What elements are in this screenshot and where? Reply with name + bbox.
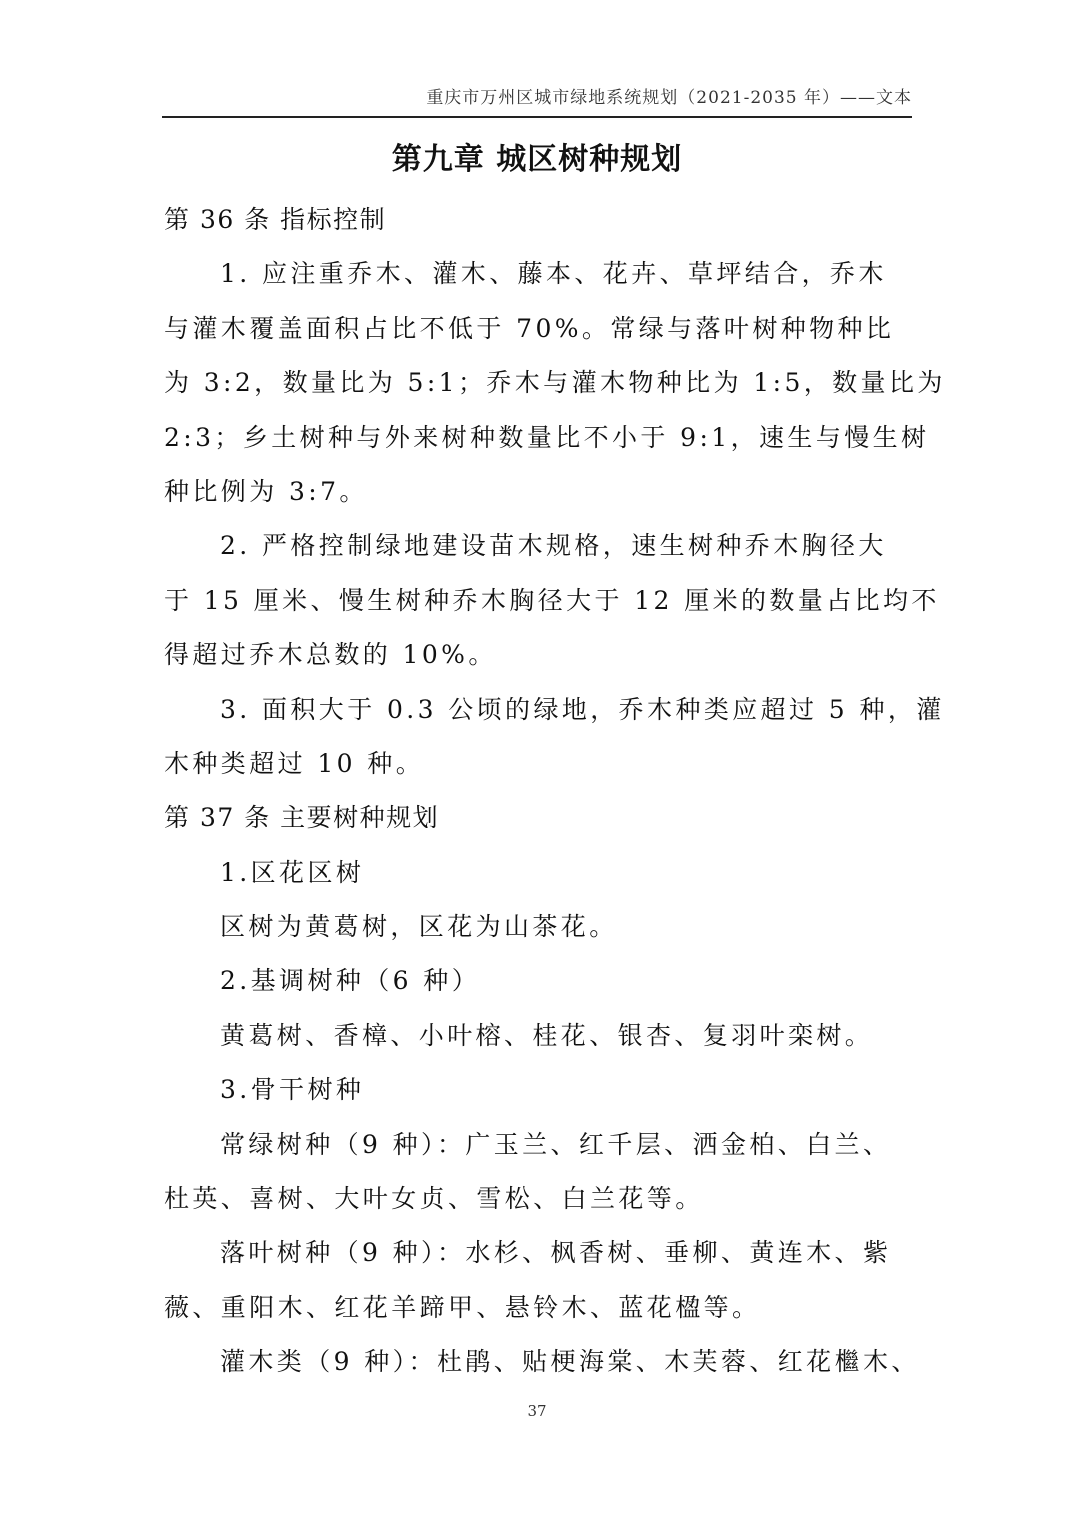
section-title: 2.基调树种（6 种） — [164, 954, 912, 1008]
evergreen-line: 常绿树种（9 种）：广玉兰、红千层、洒金柏、白兰、 — [164, 1118, 912, 1172]
page-header: 重庆市万州区城市绿地系统规划（2021-2035 年）——文本 — [162, 86, 912, 118]
paragraph-line: 黄葛树、香樟、小叶榕、桂花、银杏、复羽叶栾树。 — [164, 1009, 912, 1063]
district-flower-tree-section: 1.区花区树 区树为黄葛树，区花为山茶花。 — [164, 846, 912, 955]
paragraph-line: 种比例为 3:7。 — [164, 465, 912, 519]
paragraph-line: 区树为黄葛树，区花为山茶花。 — [164, 900, 912, 954]
article-36-heading: 第 36 条 指标控制 — [164, 193, 912, 247]
page-number: 37 — [0, 1402, 1074, 1420]
section-title: 3.骨干树种 — [164, 1063, 912, 1117]
evergreen-line: 杜英、喜树、大叶女贞、雪松、白兰花等。 — [164, 1172, 912, 1226]
paragraph-line: 于 15 厘米、慢生树种乔木胸径大于 12 厘米的数量占比均不 — [164, 574, 912, 628]
paragraph-line: 2. 严格控制绿地建设苗木规格，速生树种乔木胸径大 — [164, 519, 912, 573]
paragraph-line: 2:3；乡土树种与外来树种数量比不小于 9:1，速生与慢生树 — [164, 411, 912, 465]
section-title: 1.区花区树 — [164, 846, 912, 900]
deciduous-line: 薇、重阳木、红花羊蹄甲、悬铃木、蓝花楹等。 — [164, 1281, 912, 1335]
document-body: 第 36 条 指标控制 1. 应注重乔木、灌木、藤本、花卉、草坪结合，乔木 与灌… — [164, 193, 912, 1390]
deciduous-line: 落叶树种（9 种）：水杉、枫香树、垂柳、黄连木、紫 — [164, 1226, 912, 1280]
paragraph-line: 3. 面积大于 0.3 公顷的绿地，乔木种类应超过 5 种，灌 — [164, 683, 912, 737]
chapter-title: 第九章 城区树种规划 — [162, 138, 912, 182]
article-36-item-2: 2. 严格控制绿地建设苗木规格，速生树种乔木胸径大 于 15 厘米、慢生树种乔木… — [164, 519, 912, 682]
paragraph-line: 得超过乔木总数的 10%。 — [164, 628, 912, 682]
article-36-item-1: 1. 应注重乔木、灌木、藤本、花卉、草坪结合，乔木 与灌木覆盖面积占比不低于 7… — [164, 247, 912, 519]
paragraph-line: 1. 应注重乔木、灌木、藤本、花卉、草坪结合，乔木 — [164, 247, 912, 301]
paragraph-line: 与灌木覆盖面积占比不低于 70%。常绿与落叶树种物种比 — [164, 302, 912, 356]
paragraph-line: 为 3:2，数量比为 5:1；乔木与灌木物种比为 1:5，数量比为 — [164, 356, 912, 410]
shrub-line: 灌木类（9 种）：杜鹃、贴梗海棠、木芙蓉、红花檵木、 — [164, 1335, 912, 1389]
base-species-section: 2.基调树种（6 种） 黄葛树、香樟、小叶榕、桂花、银杏、复羽叶栾树。 — [164, 954, 912, 1063]
article-37-heading: 第 37 条 主要树种规划 — [164, 791, 912, 845]
paragraph-line: 木种类超过 10 种。 — [164, 737, 912, 791]
running-title: 重庆市万州区城市绿地系统规划（2021-2035 年）——文本 — [426, 88, 912, 108]
backbone-species-section: 3.骨干树种 常绿树种（9 种）：广玉兰、红千层、洒金柏、白兰、 杜英、喜树、大… — [164, 1063, 912, 1389]
article-36-item-3: 3. 面积大于 0.3 公顷的绿地，乔木种类应超过 5 种，灌 木种类超过 10… — [164, 683, 912, 792]
